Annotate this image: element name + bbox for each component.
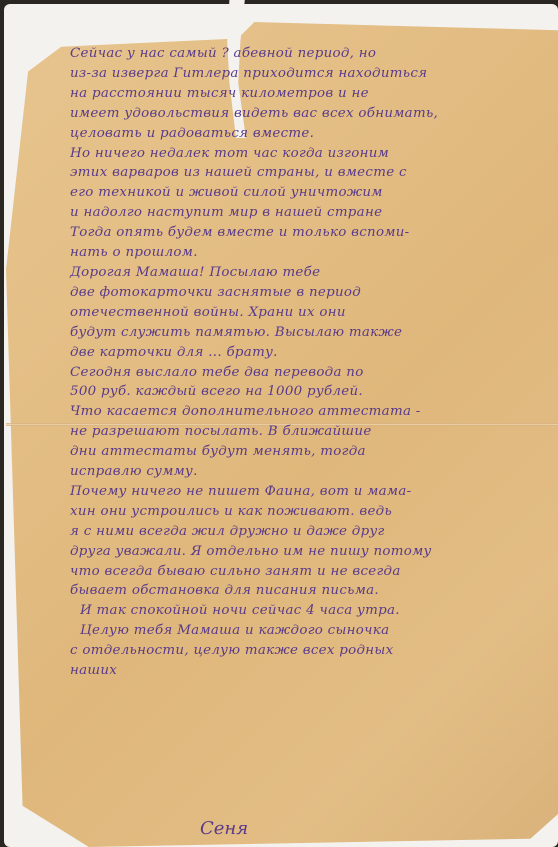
letter-body: Сейчас у нас самый ? абевной период, но … (70, 44, 545, 681)
letter-line: бывает обстановка для писания письма. (70, 581, 545, 601)
letter-line: что всегда бываю сильно занят и не всегд… (70, 562, 545, 582)
letter-line: будут служить памятью. Высылаю также (70, 323, 545, 343)
letter-line: этих варваров из нашей страны, и вместе … (70, 163, 545, 183)
letter-line: Сегодня выслало тебе два перевода по (70, 363, 545, 383)
letter-line: я с ними всегда жил дружно и даже друг (70, 522, 545, 542)
letter-line: с отдельности, целую также всех родных (70, 641, 545, 661)
letter-line: его техникой и живой силой уничтожим (70, 183, 545, 203)
letter-line: Почему ничего не пишет Фаина, вот и мама… (70, 482, 545, 502)
letter-line: имеет удовольствия видеть вас всех обним… (70, 104, 545, 124)
signature: Сеня (200, 818, 248, 839)
letter-line: две карточки для ... брату. (70, 343, 545, 363)
letter-line: Дорогая Мамаша! Посылаю тебе (70, 263, 545, 283)
letter-line: из-за изверга Гитлера приходится находит… (70, 64, 545, 84)
letter-line: дни аттестаты будут менять, тогда (70, 442, 545, 462)
letter-line: не разрешают посылать. В ближайшие (70, 422, 545, 442)
letter-line: Тогда опять будем вместе и только вспоми… (70, 223, 545, 243)
letter-line: наших (70, 661, 545, 681)
letter-line: целовать и радоваться вместе. (70, 124, 545, 144)
letter-line: 500 руб. каждый всего на 1000 рублей. (70, 382, 545, 402)
letter-line: Целую тебя Мамаша и каждого сыночка (70, 621, 545, 641)
letter-line: исправлю сумму. (70, 462, 545, 482)
letter-line: на расстоянии тысяч километров и не (70, 84, 545, 104)
letter-line: хин они устроились и как поживают. ведь (70, 502, 545, 522)
letter-line: отечественной войны. Храни их они (70, 303, 545, 323)
letter-line: и надолго наступит мир в нашей стране (70, 203, 545, 223)
letter-line: друга уважали. Я отдельно им не пишу пот… (70, 542, 545, 562)
letter-line: нать о прошлом. (70, 243, 545, 263)
letter-line: две фотокарточки заснятые в период (70, 283, 545, 303)
letter-line: Что касается дополнительного аттестата - (70, 402, 545, 422)
letter-line: Сейчас у нас самый ? абевной период, но (70, 44, 545, 64)
letter-line: Но ничего недалек тот час когда изгоним (70, 144, 545, 164)
letter-line: И так спокойной ночи сейчас 4 часа утра. (70, 601, 545, 621)
